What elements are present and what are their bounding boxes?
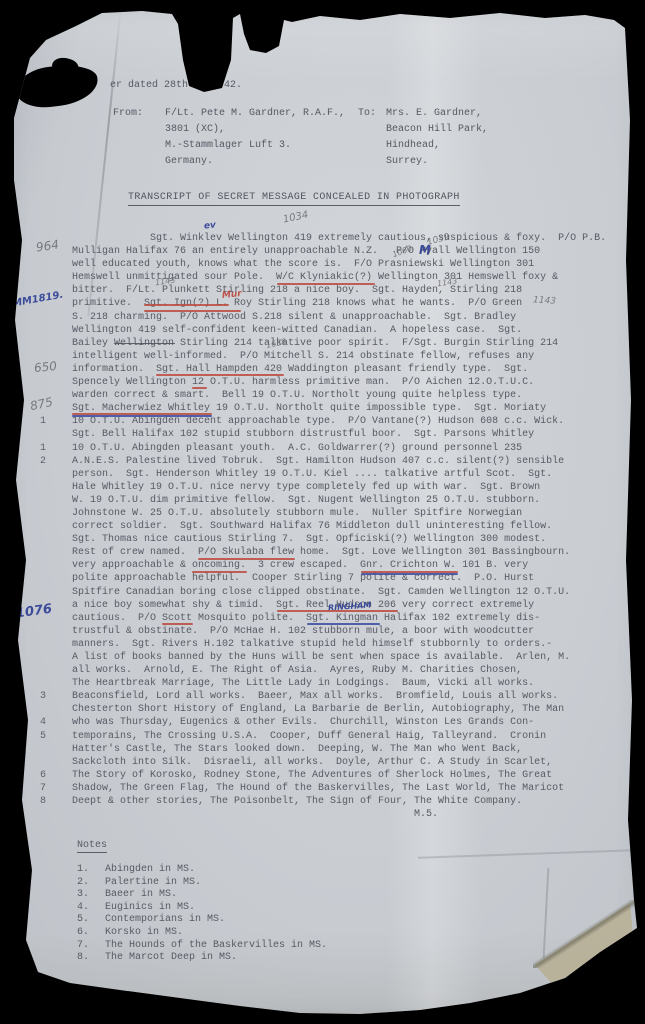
body-line: Bailey Wellington Stirling 214 talkative… (72, 338, 606, 351)
handwritten-annotation: 1143 (533, 295, 557, 307)
note-item: 7.The Hounds of the Baskervilles in MS. (77, 940, 107, 953)
fold-crease-line (533, 900, 637, 968)
scanned-document-page: er dated 28th 942. From: F/Lt. Pete M. G… (0, 0, 645, 1024)
body-line: 7Shadow, The Green Flag, The Hound of th… (72, 783, 606, 796)
body-line-text: Hatter's Castle, The Stars looked down. … (72, 744, 522, 755)
body-line: well educated youth, knows what the scor… (72, 259, 606, 272)
body-line-text: warden correct & smart. Bell 19 O.T.U. N… (72, 390, 522, 401)
margin-note-number: 6 (40, 770, 68, 781)
body-line: Sgt. Thomas nice cautious Stirling 7. Sg… (72, 534, 606, 547)
body-lines: Sgt. Winklev Wellington 419 extremely ca… (72, 233, 606, 822)
handwritten-annotation: MM1819. (11, 290, 64, 310)
note-text: The Marcot Deep in MS. (105, 952, 237, 963)
red-underline-mark (192, 387, 207, 389)
body-line: manners. Sgt. Rivers H.102 talkative stu… (72, 639, 606, 652)
to-line: Surrey. (386, 156, 428, 167)
body-line-text: correct soldier. Sgt. Southward Halifax … (72, 521, 552, 532)
from-label: From: (113, 108, 143, 119)
body-line-text: a nice boy somewhat shy & timid. Sgt. Re… (72, 600, 534, 611)
body-line-text: Rest of crew named. P/O Skulaba flew hom… (72, 547, 570, 558)
body-line-text: primitive. Sgt. Ign(?) L. Roy Stirling 2… (72, 298, 522, 309)
note-text: Palertine in MS. (105, 877, 201, 888)
red-underline-mark (144, 310, 241, 312)
from-line: F/Lt. Pete M. Gardner, R.A.F., (165, 108, 345, 119)
body-line: Johnstone W. 25 O.T.U. absolutely stubbo… (72, 508, 606, 521)
body-line: M.5. (72, 809, 606, 822)
to-line: Mrs. E. Gardner, (386, 108, 482, 119)
body-line-text: very approachable & oncoming. 3 crew esc… (72, 560, 528, 571)
body-line: information. Sgt. Hall Hampden 420 Waddi… (72, 364, 606, 377)
note-text: Korsko in MS. (105, 927, 183, 938)
body-line: Hale Whitley 19 O.T.U. nice nervy type c… (72, 482, 606, 495)
body-line-text: person. Sgt. Henderson Whitley 19 O.T.U.… (72, 469, 552, 480)
body-line: 2A.N.E.S. Palestine lived Tobruk. Sgt. H… (72, 456, 606, 469)
note-text: The Hounds of the Baskervilles in MS. (105, 940, 327, 951)
body-line-text: Wellington 419 self-confident keen-witte… (72, 325, 522, 336)
note-text: Baeer in MS. (105, 889, 177, 900)
body-line-text: Sgt. Bell Halifax 102 stupid stubborn di… (72, 429, 534, 440)
body-line: 4who was Thursday, Eugenics & other Evil… (72, 717, 606, 730)
red-underline-mark (277, 283, 375, 285)
body-line: The Heartbreak Marriage, The Little Lady… (72, 678, 606, 691)
note-item: 8.The Marcot Deep in MS. (77, 952, 107, 965)
margin-note-number: 2 (40, 456, 68, 467)
note-number: 7. (77, 940, 105, 951)
body-line-text: bitter. F/Lt. Plunkett Stirling 218 a ni… (72, 285, 522, 296)
to-line: Beacon Hill Park, (386, 124, 488, 135)
body-line: Rest of crew named. P/O Skulaba flew hom… (72, 547, 606, 560)
red-underline-mark (144, 304, 229, 306)
body-line-text: trustful & obstinate. P/O McHae H. 102 s… (72, 626, 534, 637)
note-number: 1. (77, 864, 105, 875)
body-line: Spitfire Canadian boring close clipped o… (72, 587, 606, 600)
body-line: Spencely Wellington 12 O.T.U. harmless p… (72, 377, 606, 390)
body-line-text: Spencely Wellington 12 O.T.U. harmless p… (72, 377, 534, 388)
body-line: S. 218 charming. P/O Attwood S.218 silen… (72, 312, 606, 325)
body-line: correct soldier. Sgt. Southward Halifax … (72, 521, 606, 534)
body-line-text: A list of books banned by the Huns will … (72, 652, 570, 663)
body-line-text: who was Thursday, Eugenics & other Evils… (72, 717, 534, 728)
red-underline-mark (192, 571, 247, 573)
note-item: 3.Baeer in MS. (77, 889, 107, 902)
body-line: 3Beaconsfield, Lord all works. Baeer, Ma… (72, 691, 606, 704)
handwritten-annotation: 964 (35, 237, 60, 254)
body-line-text: Johnstone W. 25 O.T.U. absolutely stubbo… (72, 508, 522, 519)
note-text: Contemporians in MS. (105, 914, 225, 925)
body-line-text: intelligent well-informed. P/O Mitchell … (72, 351, 534, 362)
note-item: 2.Palertine in MS. (77, 877, 107, 890)
red-underline-mark (198, 558, 295, 560)
margin-note-number: 5 (40, 731, 68, 742)
body-line: intelligent well-informed. P/O Mitchell … (72, 351, 606, 364)
body-line-text: Spitfire Canadian boring close clipped o… (72, 587, 570, 598)
from-line: 3801 (XC), (165, 124, 225, 135)
document-title: TRANSCRIPT OF SECRET MESSAGE CONCEALED I… (128, 192, 460, 206)
margin-note-number: 4 (40, 717, 68, 728)
body-line: all works. Arnold, E. The Right of Asia.… (72, 665, 606, 678)
body-line-text: Sgt. Winklev Wellington 419 extremely ca… (72, 233, 606, 244)
body-line: 6The Story of Korosko, Rodney Stone, The… (72, 770, 606, 783)
body-line-text: Deept & other stories, The Poisonbelt, T… (72, 796, 522, 807)
body-line-text: Hale Whitley 19 O.T.U. nice nervy type c… (72, 482, 540, 493)
body-line-text: all works. Arnold, E. The Right of Asia.… (72, 665, 522, 676)
body-line: person. Sgt. Henderson Whitley 19 O.T.U.… (72, 469, 606, 482)
from-line: Germany. (165, 156, 213, 167)
body-line: W. 19 O.T.U. dim primitive fellow. Sgt. … (72, 495, 606, 508)
to-line: Hindhead, (386, 140, 440, 151)
body-line-text: The Heartbreak Marriage, The Little Lady… (72, 678, 534, 689)
body-line: polite approachable helpful. Cooper Stir… (72, 573, 606, 586)
note-number: 3. (77, 889, 105, 900)
body-line: Sgt. Bell Halifax 102 stupid stubborn di… (72, 429, 606, 442)
body-line: 110 O.T.U. Abingden decent approachable … (72, 416, 606, 429)
to-label: To: (358, 108, 376, 119)
body-line-text: The Story of Korosko, Rodney Stone, The … (72, 770, 552, 781)
from-line: M.-Stammlager Luft 3. (165, 140, 291, 151)
body-line-text: Chesterton Short History of England, La … (72, 704, 564, 715)
handwritten-annotation: 1034 (282, 209, 309, 225)
margin-note-number: 7 (40, 783, 68, 794)
note-item: 6.Korsko in MS. (77, 927, 107, 940)
notes-title: Notes (77, 840, 107, 853)
handwritten-annotation: Mur (222, 289, 243, 301)
note-text: Abingden in MS. (105, 864, 195, 875)
body-line: Sackcloth into Silk. Disraeli, all works… (72, 757, 606, 770)
body-line: very approachable & oncoming. 3 crew esc… (72, 560, 606, 573)
body-line-text: A.N.E.S. Palestine lived Tobruk. Sgt. Ha… (72, 456, 564, 467)
body-line: Sgt. Winklev Wellington 419 extremely ca… (72, 233, 606, 246)
blue-underline-mark (361, 573, 458, 575)
handwritten-annotation: 650 (33, 359, 57, 375)
paper-crease (543, 868, 549, 958)
margin-note-number: 8 (40, 796, 68, 807)
note-text: Euginics in MS. (105, 902, 195, 913)
note-number: 5. (77, 914, 105, 925)
body-line-text: 10 O.T.U. Abingden decent approachable t… (72, 416, 564, 427)
margin-note-number: 3 (40, 691, 68, 702)
body-line-text: Sgt. Thomas nice cautious Stirling 7. Sg… (72, 534, 546, 545)
date-line-suffix: 942. (218, 80, 242, 91)
note-item: 1.Abingden in MS. (77, 864, 107, 877)
paper-crease (418, 849, 636, 858)
body-line: trustful & obstinate. P/O McHae H. 102 s… (72, 626, 606, 639)
body-line-text: M.5. (72, 809, 438, 820)
red-underline-mark (277, 610, 398, 612)
body-line-text: information. Sgt. Hall Hampden 420 Waddi… (72, 364, 528, 375)
blue-underline-mark (72, 415, 212, 417)
notes-section: Notes 1.Abingden in MS.2.Palertine in MS… (77, 840, 107, 965)
note-number: 4. (77, 902, 105, 913)
body-line-text: polite approachable helpful. Cooper Stir… (72, 573, 534, 584)
body-line: 5temporains, The Crossing U.S.A. Cooper,… (72, 731, 606, 744)
body-line: 8Deept & other stories, The Poisonbelt, … (72, 796, 606, 809)
date-line-prefix: er dated 28th (110, 80, 188, 91)
body-line-text: Hemswell unmittigated sour Pole. W/C Kly… (72, 272, 558, 283)
body-line: warden correct & smart. Bell 19 O.T.U. N… (72, 390, 606, 403)
body-line: Wellington 419 self-confident keen-witte… (72, 325, 606, 338)
red-underline-mark (162, 623, 193, 625)
notes-list: 1.Abingden in MS.2.Palertine in MS.3.Bae… (77, 864, 107, 965)
body-line: Hatter's Castle, The Stars looked down. … (72, 744, 606, 757)
body-line-text: W. 19 O.T.U. dim primitive fellow. Sgt. … (72, 495, 540, 506)
paper-sheet: er dated 28th 942. From: F/Lt. Pete M. G… (0, 0, 645, 1024)
margin-note-number: 1 (40, 443, 68, 454)
handwritten-annotation: 875 (29, 395, 54, 413)
body-line: Chesterton Short History of England, La … (72, 704, 606, 717)
note-number: 6. (77, 927, 105, 938)
body-line-text: 10 O.T.U. Abingden pleasant youth. A.C. … (72, 443, 522, 454)
body-line-text: temporains, The Crossing U.S.A. Cooper, … (72, 731, 546, 742)
handwritten-annotation: M (419, 243, 431, 257)
handwritten-annotation: 1076 (15, 602, 53, 622)
handwritten-annotation: ev (204, 220, 217, 231)
margin-note-number: 1 (40, 416, 68, 427)
body-line-text: Beaconsfield, Lord all works. Baeer, Max… (72, 691, 558, 702)
body-line: A list of books banned by the Huns will … (72, 652, 606, 665)
body-line: bitter. F/Lt. Plunkett Stirling 218 a ni… (72, 285, 606, 298)
body-line-text: cautious. P/O Scott Mosquito polite. Sgt… (72, 613, 540, 624)
body-line-text: Mulligan Halifax 76 an entirely unapproa… (72, 246, 540, 257)
body-line-text: Sackcloth into Silk. Disraeli, all works… (72, 757, 552, 768)
body-line-text: Shadow, The Green Flag, The Hound of the… (72, 783, 564, 794)
body-line-text: well educated youth, knows what the scor… (72, 259, 534, 270)
blue-underline-mark (307, 623, 380, 625)
red-underline-mark (156, 374, 284, 376)
body-line: Mulligan Halifax 76 an entirely unapproa… (72, 246, 606, 259)
body-line: 110 O.T.U. Abingden pleasant youth. A.C.… (72, 443, 606, 456)
note-item: 4.Euginics in MS. (77, 902, 107, 915)
body-line-text: S. 218 charming. P/O Attwood S.218 silen… (72, 312, 516, 323)
note-number: 8. (77, 952, 105, 963)
body-line-text: manners. Sgt. Rivers H.102 talkative stu… (72, 639, 552, 650)
note-number: 2. (77, 877, 105, 888)
note-item: 5.Contemporians in MS. (77, 914, 107, 927)
